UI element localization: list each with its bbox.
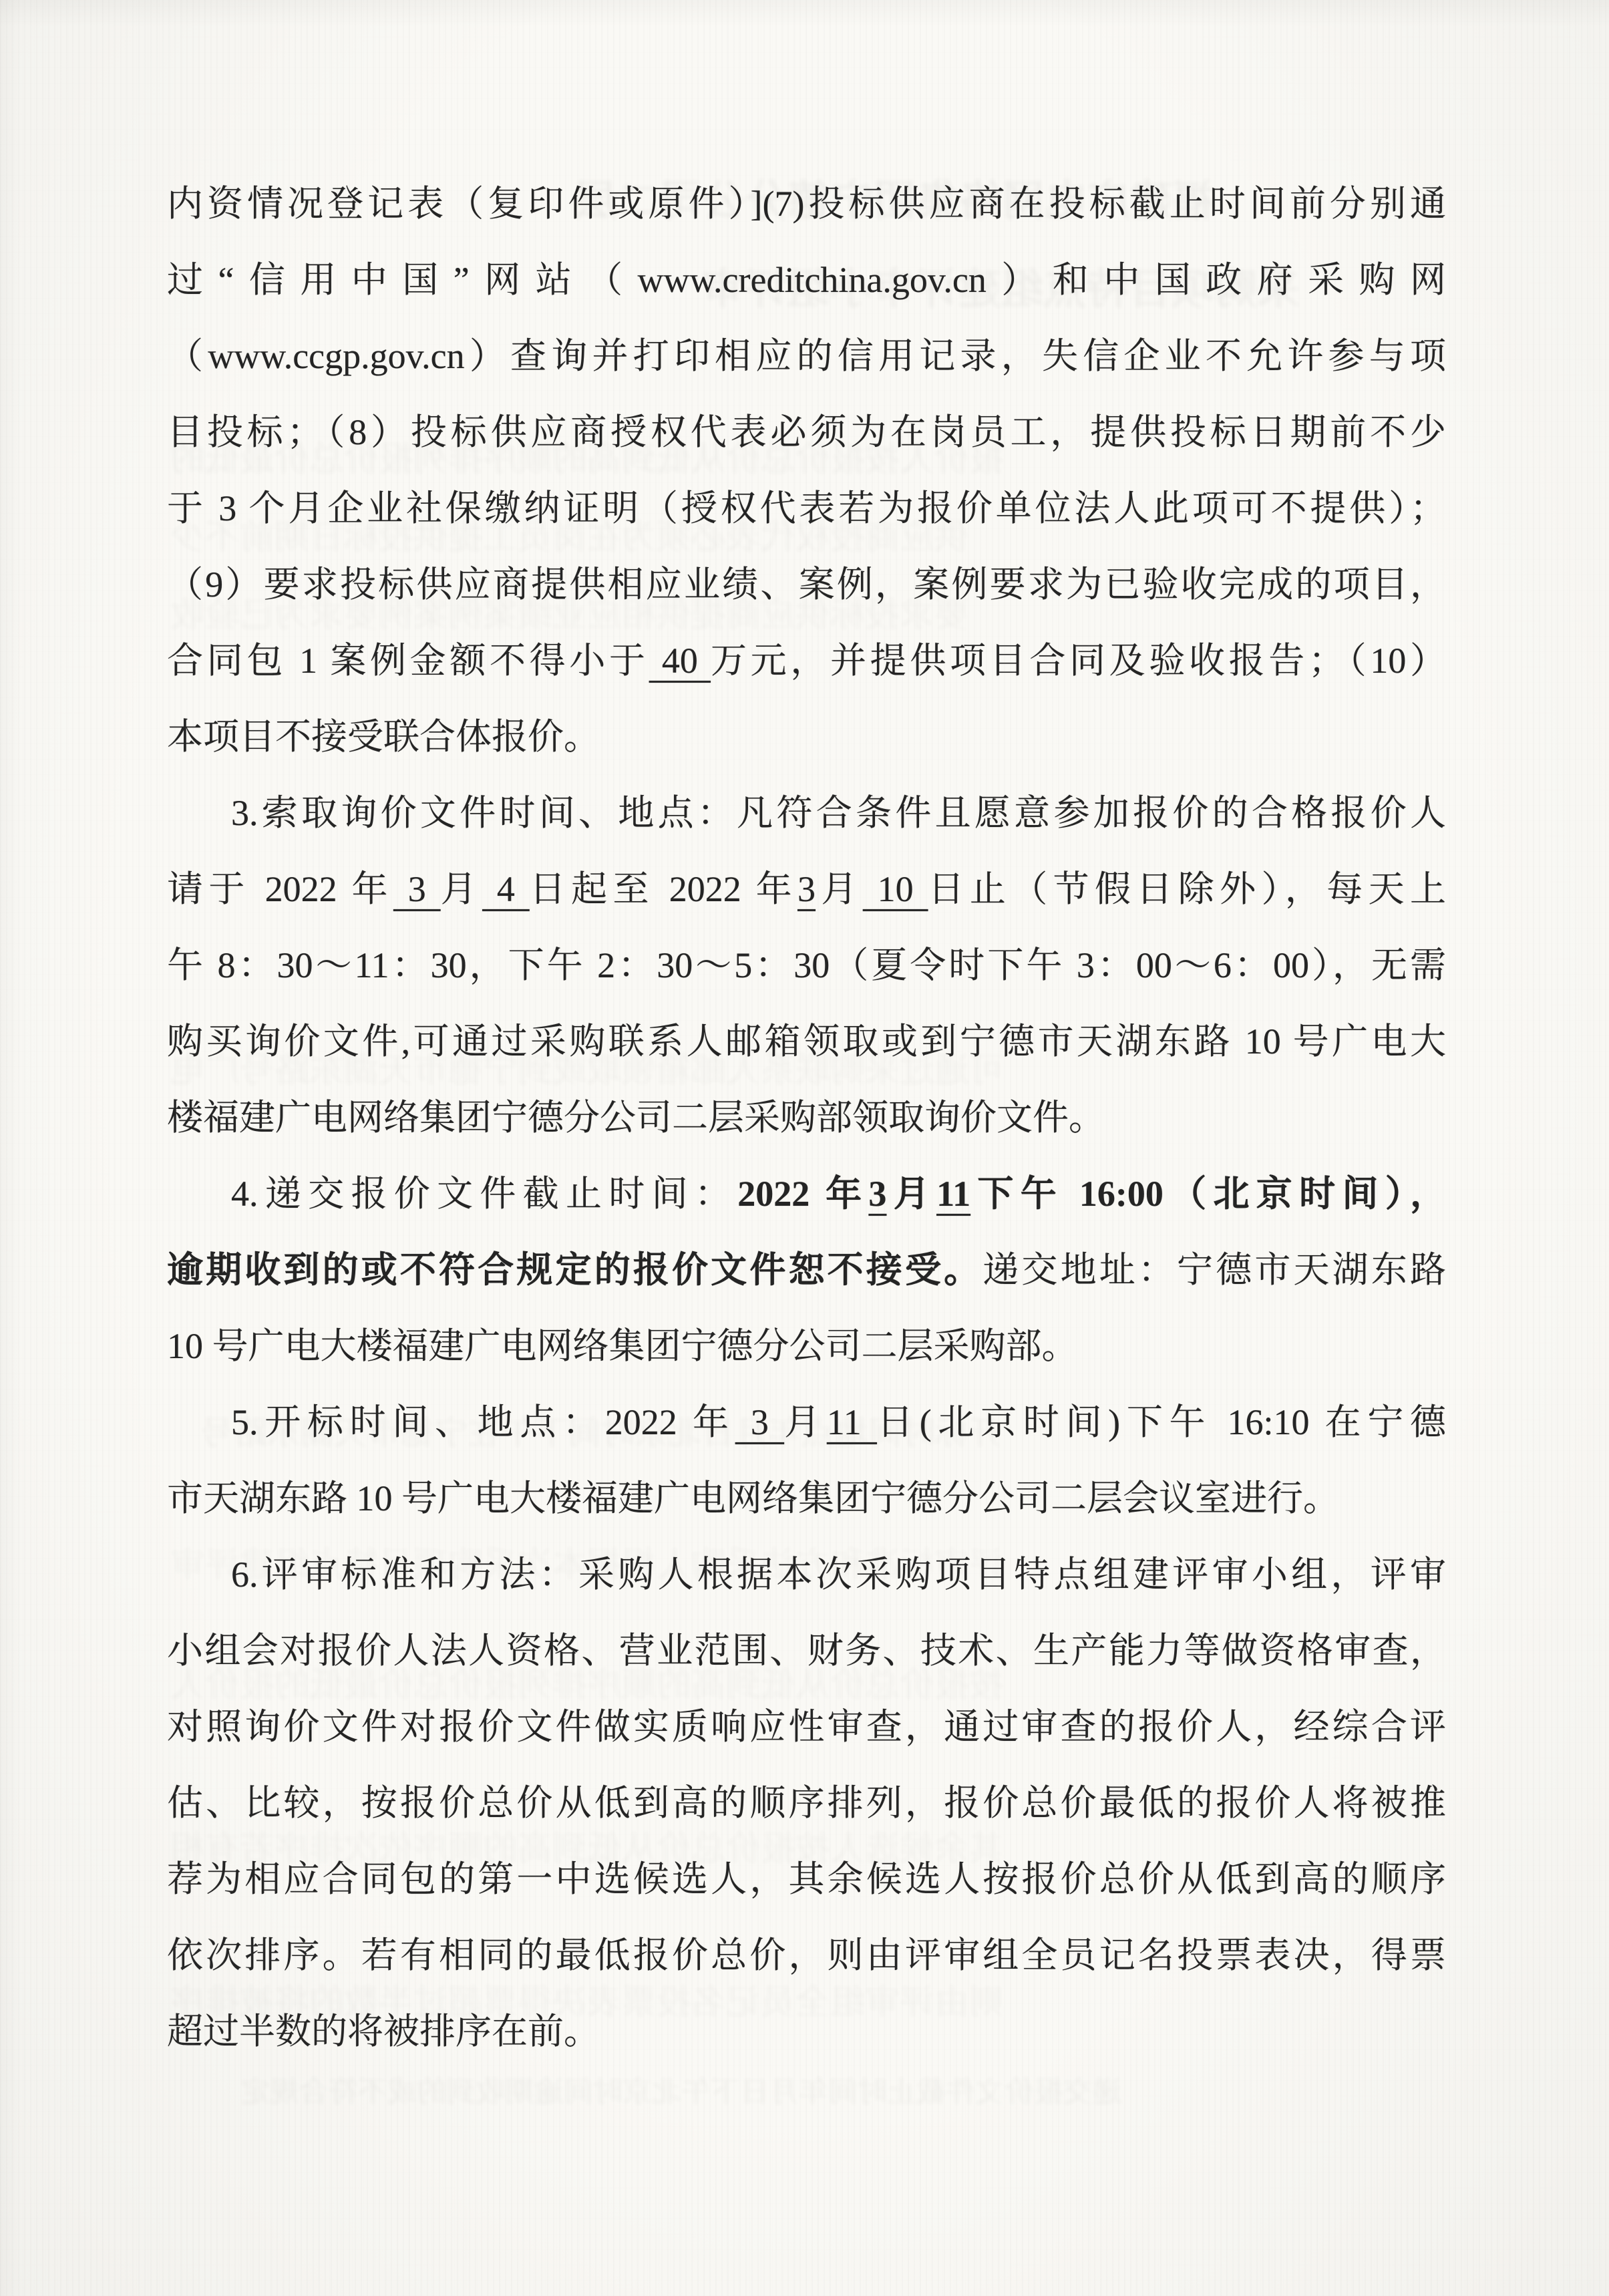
text-segment: 逾期收到的或不符合规定的报价文件恕不接受。	[167, 1250, 982, 1290]
text-line: 依次排序。若有相同的最低报价总价，则由评审组全员记名投票表决，得票	[167, 1917, 1446, 1993]
text-segment: 请于 2022 年	[167, 869, 393, 909]
text-line: （www.ccgp.gov.cn）查询并打印相应的信用记录，失信企业不允许参与项	[167, 318, 1446, 394]
text-segment: （www.ccgp.gov.cn）查询并打印相应的信用记录，失信企业不允许参与项	[167, 336, 1446, 376]
underlined-text: 11	[827, 1402, 877, 1442]
text-segment: 午 8：30～11：30，下午 2：30～5：30（夏令时下午 3：00～6：0…	[167, 945, 1446, 985]
text-segment: 对照询价文件对报价文件做实质响应性审查，通过审查的报价人，经综合评	[167, 1707, 1446, 1747]
text-segment: 市天湖东路 10 号广电大楼福建广电网络集团宁德分公司二层会议室进行。	[167, 1478, 1339, 1518]
underlined-text: 3	[393, 869, 441, 909]
text-segment: 日起至 2022 年	[530, 869, 797, 909]
text-line: 市天湖东路 10 号广电大楼福建广电网络集团宁德分公司二层会议室进行。	[167, 1460, 1446, 1536]
underlined-text: 3	[797, 869, 816, 909]
text-line: 4.递交报价文件截止时间：2022 年3月11下午 16:00（北京时间），	[167, 1156, 1446, 1232]
text-line: 逾期收到的或不符合规定的报价文件恕不接受。递交地址：宁德市天湖东路	[167, 1232, 1446, 1308]
text-segment: 递交地址：宁德市天湖东路	[982, 1250, 1446, 1290]
text-line: 估、比较，按报价总价从低到高的顺序排列，报价总价最低的报价人将被推	[167, 1765, 1446, 1841]
text-segment: 合同包 1 案例金额不得小于	[167, 641, 649, 681]
text-line: 6.评审标准和方法：采购人根据本次采购项目特点组建评审小组，评审	[167, 1536, 1446, 1613]
text-line: 3.索取询价文件时间、地点：凡符合条件且愿意参加报价的合格报价人	[167, 775, 1446, 851]
text-segment: 内资情况登记表（复印件或原件）](7)投标供应商在投标截止时间前分别通	[167, 184, 1446, 224]
text-segment: 日(北京时间)下午 16:10 在宁德	[877, 1402, 1446, 1442]
text-segment: 过“信用中国”网站（www.creditchina.gov.cn）和中国政府采购…	[167, 260, 1446, 300]
text-line: 内资情况登记表（复印件或原件）](7)投标供应商在投标截止时间前分别通	[167, 166, 1446, 242]
document-text-block: 内资情况登记表（复印件或原件）](7)投标供应商在投标截止时间前分别通过“信用中…	[167, 166, 1446, 2070]
text-segment: （9）要求投标供应商提供相应业绩、案例，案例要求为已验收完成的项目，	[167, 564, 1446, 605]
text-segment: 5.开标时间、地点：2022 年	[231, 1402, 735, 1442]
underlined-text: 3	[868, 1174, 886, 1214]
text-segment: 小组会对报价人法人资格、营业范围、财务、技术、生产能力等做资格审查，	[167, 1631, 1446, 1671]
text-segment: 月	[784, 1402, 827, 1442]
text-line: 过“信用中国”网站（www.creditchina.gov.cn）和中国政府采购…	[167, 242, 1446, 318]
text-segment: 月	[441, 869, 482, 909]
text-segment: 楼福建广电网络集团宁德分公司二层采购部领取询价文件。	[167, 1098, 1105, 1138]
underlined-text: 4	[482, 869, 530, 909]
text-segment: 下午 16:00（北京时间），	[970, 1174, 1446, 1214]
text-segment: 万元，并提供项目合同及验收报告；（10）	[711, 641, 1446, 681]
text-line: 超过半数的将被排序在前。	[167, 1993, 1446, 2070]
text-segment: 3.索取询价文件时间、地点：凡符合条件且愿意参加报价的合格报价人	[231, 793, 1446, 833]
text-line: （9）要求投标供应商提供相应业绩、案例，案例要求为已验收完成的项目，	[167, 546, 1446, 623]
text-segment: 于 3 个月企业社保缴纳证明（授权代表若为报价单位法人此项可不提供）；	[167, 488, 1446, 528]
text-line: 对照询价文件对报价文件做实质响应性审查，通过审查的报价人，经综合评	[167, 1689, 1446, 1765]
text-line: 荐为相应合同包的第一中选候选人，其余候选人按报价总价从低到高的顺序	[167, 1841, 1446, 1917]
scanned-document-page: { "page": { "paper_color": "#faf9f5", "i…	[0, 0, 1609, 2296]
text-segment: 月	[886, 1174, 936, 1214]
text-line: 小组会对报价人法人资格、营业范围、财务、技术、生产能力等做资格审查，	[167, 1613, 1446, 1689]
text-line: 午 8：30～11：30，下午 2：30～5：30（夏令时下午 3：00～6：0…	[167, 927, 1446, 1003]
text-segment: 日止（节假日除外），每天上	[928, 869, 1447, 909]
text-segment: 目投标；（8）投标供应商授权代表必须为在岗员工，提供投标日期前不少	[167, 412, 1446, 452]
text-line: 本项目不接受联合体报价。	[167, 699, 1446, 775]
text-segment: 购买询价文件,可通过采购联系人邮箱领取或到宁德市天湖东路 10 号广电大	[167, 1021, 1446, 1061]
text-segment: 本项目不接受联合体报价。	[167, 717, 600, 757]
text-segment: 6.评审标准和方法：采购人根据本次采购项目特点组建评审小组，评审	[231, 1554, 1446, 1595]
bleedthrough-text: 递交报价文件截止时间年月日下午北京时间逾期收到的或不符合规定	[240, 2068, 1122, 2110]
text-line: 合同包 1 案例金额不得小于 40 万元，并提供项目合同及验收报告；（10）	[167, 623, 1446, 699]
text-line: 请于 2022 年 3 月 4 日起至 2022 年3月 10 日止（节假日除外…	[167, 851, 1446, 927]
text-segment: 超过半数的将被排序在前。	[167, 2011, 600, 2052]
text-segment: 10 号广电大楼福建广电网络集团宁德分公司二层采购部。	[167, 1326, 1078, 1366]
text-line: 10 号广电大楼福建广电网络集团宁德分公司二层采购部。	[167, 1308, 1446, 1384]
text-line: 购买询价文件,可通过采购联系人邮箱领取或到宁德市天湖东路 10 号广电大	[167, 1003, 1446, 1080]
underlined-text: 11	[936, 1174, 970, 1214]
text-line: 于 3 个月企业社保缴纳证明（授权代表若为报价单位法人此项可不提供）；	[167, 470, 1446, 546]
text-segment: 4.递交报价文件截止时间：	[231, 1174, 737, 1214]
underlined-text: 3	[735, 1402, 784, 1442]
text-segment: 2022 年	[737, 1174, 868, 1214]
text-line: 5.开标时间、地点：2022 年 3 月11 日(北京时间)下午 16:10 在…	[167, 1384, 1446, 1460]
text-segment: 估、比较，按报价总价从低到高的顺序排列，报价总价最低的报价人将被推	[167, 1783, 1446, 1823]
text-segment: 荐为相应合同包的第一中选候选人，其余候选人按报价总价从低到高的顺序	[167, 1859, 1446, 1899]
underlined-text: 10	[863, 869, 928, 909]
text-segment: 月	[816, 869, 863, 909]
text-line: 目投标；（8）投标供应商授权代表必须为在岗员工，提供投标日期前不少	[167, 394, 1446, 470]
text-line: 楼福建广电网络集团宁德分公司二层采购部领取询价文件。	[167, 1080, 1446, 1156]
underlined-text: 40	[649, 641, 711, 681]
text-segment: 依次排序。若有相同的最低报价总价，则由评审组全员记名投票表决，得票	[167, 1935, 1446, 1975]
